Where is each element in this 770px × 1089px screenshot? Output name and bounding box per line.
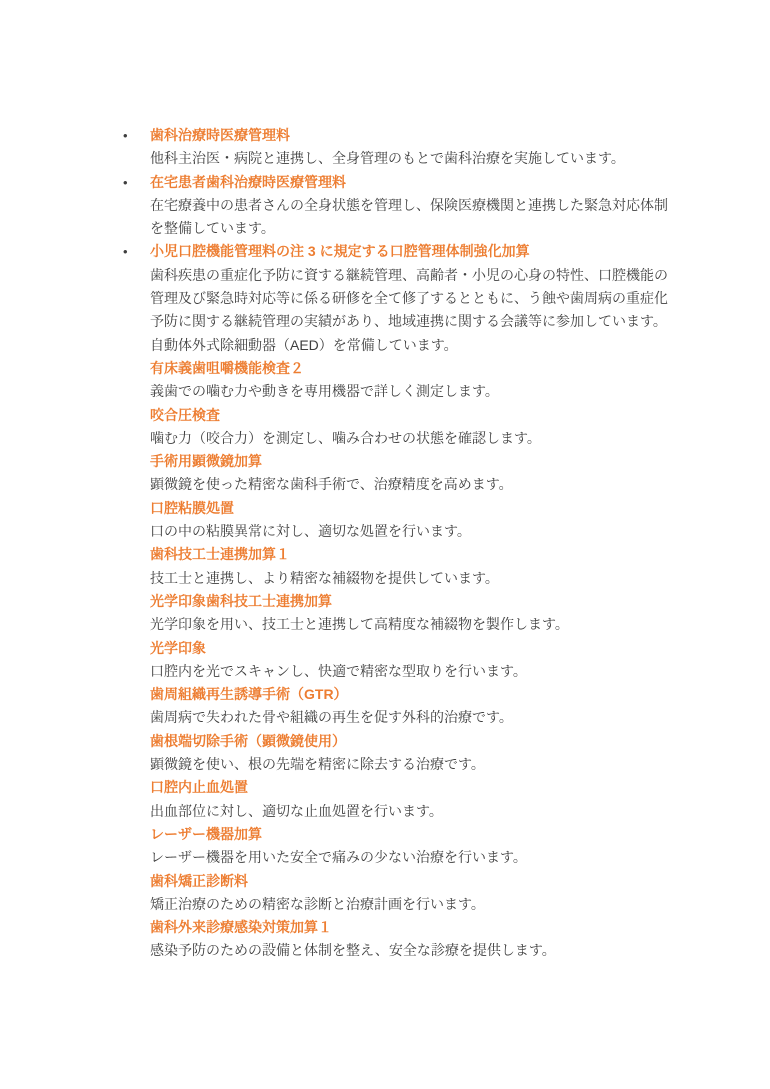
- item-description: 光学印象を用い、技工士と連携して高精度な補綴物を製作します。: [150, 613, 672, 636]
- list-item: 手術用顕微鏡加算顕微鏡を使った精密な歯科手術で、治療精度を高めます。: [150, 450, 672, 497]
- item-title: 有床義歯咀嚼機能検査２: [150, 357, 672, 380]
- item-description: 義歯での噛む力や動きを専用機器で詳しく測定します。: [150, 380, 672, 403]
- item-description: レーザー機器を用いた安全で痛みの少ない治療を行います。: [150, 846, 672, 869]
- item-title: 口腔内止血処置: [150, 776, 672, 799]
- item-description: 顕微鏡を使った精密な歯科手術で、治療精度を高めます。: [150, 473, 672, 496]
- bullet-icon: •: [123, 240, 143, 263]
- item-title: 歯根端切除手術（顕微鏡使用）: [150, 730, 672, 753]
- item-description: 噛む力（咬合力）を測定し、噛み合わせの状態を確認します。: [150, 427, 672, 450]
- item-title: 咬合圧検査: [150, 404, 672, 427]
- item-description: 歯科疾患の重症化予防に資する継続管理、高齢者・小児の心身の特性、口腔機能の管理及…: [150, 264, 672, 334]
- plain-item-list: 有床義歯咀嚼機能検査２義歯での噛む力や動きを専用機器で詳しく測定します。咬合圧検…: [150, 357, 672, 963]
- item-description: 矯正治療のための精密な診断と治療計画を行います。: [150, 893, 672, 916]
- item-description: 顕微鏡を使い、根の先端を精密に除去する治療です。: [150, 753, 672, 776]
- list-item: 有床義歯咀嚼機能検査２義歯での噛む力や動きを専用機器で詳しく測定します。: [150, 357, 672, 404]
- item-title: 歯周組織再生誘導手術（GTR）: [150, 683, 672, 706]
- item-title: 小児口腔機能管理料の注 3 に規定する口腔管理体制強化加算: [150, 240, 672, 263]
- list-item: 歯周組織再生誘導手術（GTR）歯周病で失われた骨や組織の再生を促す外科的治療です…: [150, 683, 672, 730]
- item-title: レーザー機器加算: [150, 823, 672, 846]
- list-item: •小児口腔機能管理料の注 3 に規定する口腔管理体制強化加算歯科疾患の重症化予防…: [150, 240, 672, 356]
- list-item: 光学印象口腔内を光でスキャンし、快適で精密な型取りを行います。: [150, 637, 672, 684]
- item-description: 技工士と連携し、より精密な補綴物を提供しています。: [150, 567, 672, 590]
- list-item: 口腔内止血処置出血部位に対し、適切な止血処置を行います。: [150, 776, 672, 823]
- item-description: 感染予防のための設備と体制を整え、安全な診療を提供します。: [150, 939, 672, 962]
- bullet-icon: •: [123, 124, 143, 147]
- list-item: 歯根端切除手術（顕微鏡使用）顕微鏡を使い、根の先端を精密に除去する治療です。: [150, 730, 672, 777]
- list-item: 口腔粘膜処置口の中の粘膜異常に対し、適切な処置を行います。: [150, 497, 672, 544]
- item-title: 歯科矯正診断料: [150, 870, 672, 893]
- list-item: 光学印象歯科技工士連携加算光学印象を用い、技工士と連携して高精度な補綴物を製作し…: [150, 590, 672, 637]
- item-description: 出血部位に対し、適切な止血処置を行います。: [150, 800, 672, 823]
- item-description: 他科主治医・病院と連携し、全身管理のもとで歯科治療を実施しています。: [150, 147, 672, 170]
- item-description: 在宅療養中の患者さんの全身状態を管理し、保険医療機関と連携した緊急対応体制を整備…: [150, 194, 672, 241]
- item-title: 歯科外来診療感染対策加算１: [150, 916, 672, 939]
- item-description: 口の中の粘膜異常に対し、適切な処置を行います。: [150, 520, 672, 543]
- item-description: 自動体外式除細動器（AED）を常備しています。: [150, 334, 672, 357]
- bullet-icon: •: [123, 171, 143, 194]
- list-item: 歯科技工士連携加算１技工士と連携し、より精密な補綴物を提供しています。: [150, 543, 672, 590]
- list-item: •歯科治療時医療管理料他科主治医・病院と連携し、全身管理のもとで歯科治療を実施し…: [150, 124, 672, 171]
- item-title: 歯科治療時医療管理料: [150, 124, 672, 147]
- item-title: 口腔粘膜処置: [150, 497, 672, 520]
- item-description: 歯周病で失われた骨や組織の再生を促す外科的治療です。: [150, 706, 672, 729]
- list-item: •在宅患者歯科治療時医療管理料在宅療養中の患者さんの全身状態を管理し、保険医療機…: [150, 171, 672, 241]
- item-title: 手術用顕微鏡加算: [150, 450, 672, 473]
- item-title: 在宅患者歯科治療時医療管理料: [150, 171, 672, 194]
- item-description: 口腔内を光でスキャンし、快適で精密な型取りを行います。: [150, 660, 672, 683]
- list-item: 歯科外来診療感染対策加算１感染予防のための設備と体制を整え、安全な診療を提供しま…: [150, 916, 672, 963]
- content-area: •歯科治療時医療管理料他科主治医・病院と連携し、全身管理のもとで歯科治療を実施し…: [150, 124, 672, 963]
- list-item: 咬合圧検査噛む力（咬合力）を測定し、噛み合わせの状態を確認します。: [150, 404, 672, 451]
- item-title: 歯科技工士連携加算１: [150, 543, 672, 566]
- list-item: 歯科矯正診断料矯正治療のための精密な診断と治療計画を行います。: [150, 870, 672, 917]
- item-title: 光学印象: [150, 637, 672, 660]
- bulleted-item-list: •歯科治療時医療管理料他科主治医・病院と連携し、全身管理のもとで歯科治療を実施し…: [150, 124, 672, 357]
- document-page: •歯科治療時医療管理料他科主治医・病院と連携し、全身管理のもとで歯科治療を実施し…: [0, 0, 770, 1089]
- list-item: レーザー機器加算レーザー機器を用いた安全で痛みの少ない治療を行います。: [150, 823, 672, 870]
- item-title: 光学印象歯科技工士連携加算: [150, 590, 672, 613]
